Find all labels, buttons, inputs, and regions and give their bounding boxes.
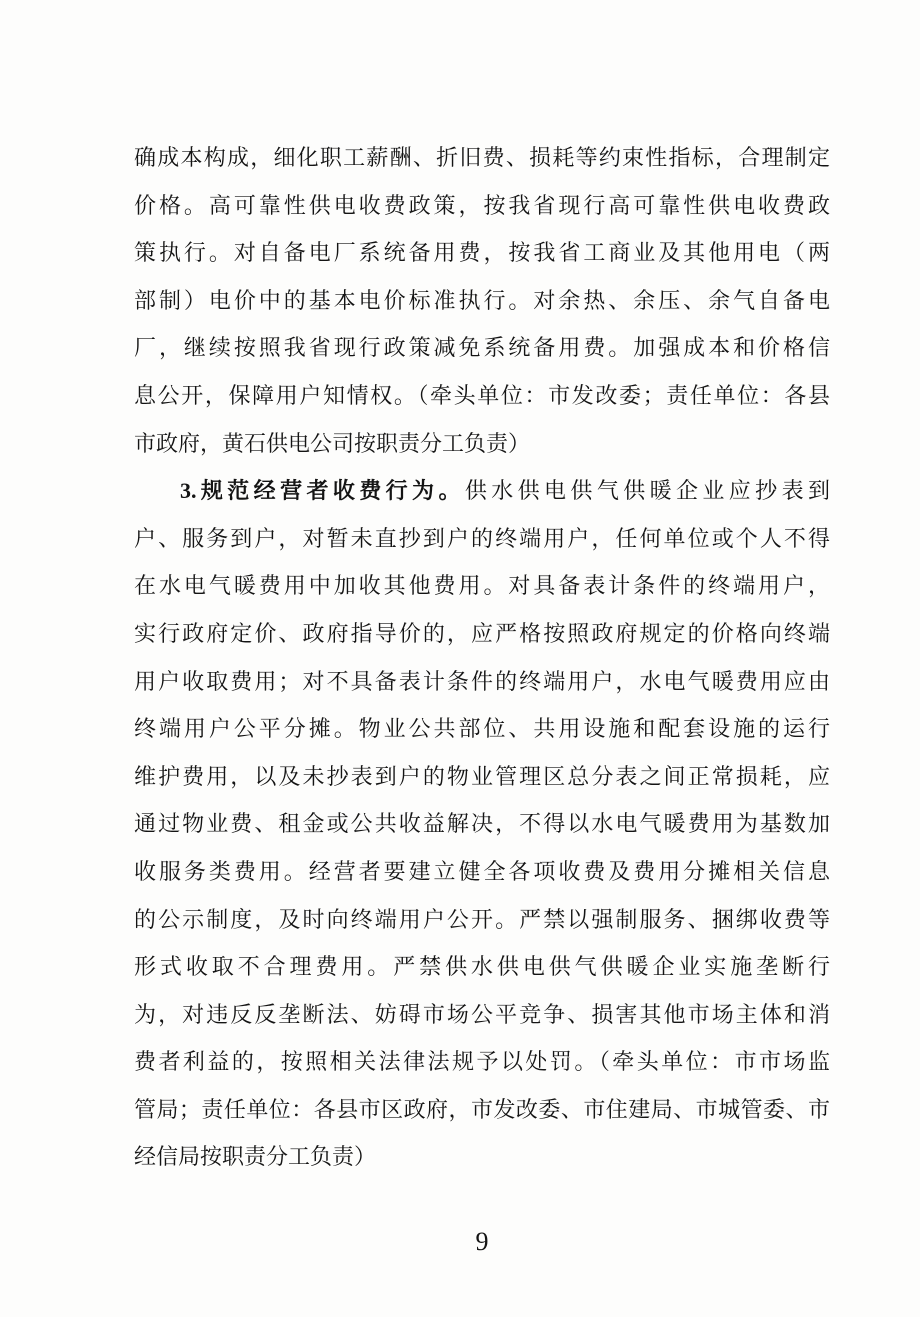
text-run: 用户收取费用；对不具备表计条件的终端用户，水电气暖费用应由 [134, 669, 830, 694]
text-run: 实行政府定价、政府指导价的，应严格按照政府规定的价格向终端 [134, 621, 830, 646]
text-run: （牵头单位：市发改委；责任单位：各县 [417, 383, 830, 408]
text-run: 策执行。对自备电厂系统备用费，按我省工商业及其他用电（两 [134, 240, 830, 265]
text-line: 为，对违反反垄断法、妨碍市场公平竞争、损害其他市场主体和消 [134, 991, 830, 1039]
text-line: 维护费用，以及未抄表到户的物业管理区总分表之间正常损耗，应 [134, 753, 830, 801]
document-page: 确成本构成，细化职工薪酬、折旧费、损耗等约束性指标，合理制定价格。高可靠性供电收… [0, 0, 920, 1317]
text-run: 通过物业费、租金或公共收益解决，不得以水电气暖费用为基数加 [134, 811, 830, 836]
text-line: 用户收取费用；对不具备表计条件的终端用户，水电气暖费用应由 [134, 658, 830, 706]
text-run: 终端用户公平分摊。物业公共部位、共用设施和配套设施的运行 [134, 716, 830, 741]
text-run: 费者利益的，按照相关法律法规予以处罚。 [134, 1049, 599, 1074]
text-line: 实行政府定价、政府指导价的，应严格按照政府规定的价格向终端 [134, 610, 830, 658]
text-run: 户、服务到户，对暂未直抄到户的终端用户，任何单位或个人不得 [134, 526, 830, 551]
text-line: 厂，继续按照我省现行政策减免系统备用费。加强成本和价格信 [134, 324, 830, 372]
text-line: 终端用户公平分摊。物业公共部位、共用设施和配套设施的运行 [134, 705, 830, 753]
text-line: 的公示制度，及时向终端用户公开。严禁以强制服务、捆绑收费等 [134, 896, 830, 944]
text-run: 为，对违反反垄断法、妨碍市场公平竞争、损害其他市场主体和消 [134, 1002, 830, 1027]
text-line: 管局；责任单位：各县市区政府，市发改委、市住建局、市城管委、市 [134, 1086, 830, 1134]
text-line: 市政府，黄石供电公司按职责分工负责） [134, 420, 830, 468]
text-line: 形式收取不合理费用。严禁供水供电供气供暖企业实施垄断行 [134, 943, 830, 991]
text-line: 部制）电价中的基本电价标准执行。对余热、余压、余气自备电 [134, 277, 830, 325]
text-run: （牵头单位：市市场监 [599, 1049, 830, 1074]
page-number: 9 [134, 1226, 830, 1258]
text-run: 市政府，黄石供电公司按职责分工负责） [134, 431, 530, 456]
text-run: 价格。高可靠性供电收费政策，按我省现行高可靠性供电收费政 [134, 193, 830, 218]
text-run: 的公示制度，及时向终端用户公开。严禁以强制服务、捆绑收费等 [134, 907, 830, 932]
text-run: 形式收取不合理费用。严禁供水供电供气供暖企业实施垄断行 [134, 954, 830, 979]
text-line: 在水电气暖费用中加收其他费用。对具备表计条件的终端用户， [134, 562, 830, 610]
text-run: 经信局按职责分工负责） [134, 1144, 376, 1169]
text-run: 息公开，保障用户知情权。 [134, 383, 417, 408]
text-run: 供水供电供气供暖企业应抄表到 [465, 478, 830, 503]
heading-run: 3.规范经营者收费行为。 [180, 478, 465, 503]
text-run: 厂，继续按照我省现行政策减免系统备用费。加强成本和价格信 [134, 335, 830, 360]
text-line: 费者利益的，按照相关法律法规予以处罚。（牵头单位：市市场监 [134, 1038, 830, 1086]
text-line: 收服务类费用。经营者要建立健全各项收费及费用分摊相关信息 [134, 848, 830, 896]
text-line: 户、服务到户，对暂未直抄到户的终端用户，任何单位或个人不得 [134, 515, 830, 563]
text-run: 部制）电价中的基本电价标准执行。对余热、余压、余气自备电 [134, 288, 830, 313]
text-column: 确成本构成，细化职工薪酬、折旧费、损耗等约束性指标，合理制定价格。高可靠性供电收… [134, 134, 830, 1181]
text-line: 3.规范经营者收费行为。供水供电供气供暖企业应抄表到 [134, 467, 830, 515]
text-run: 管局；责任单位：各县市区政府，市发改委、市住建局、市城管委、市 [134, 1097, 830, 1122]
text-line: 价格。高可靠性供电收费政策，按我省现行高可靠性供电收费政 [134, 182, 830, 230]
text-run: 收服务类费用。经营者要建立健全各项收费及费用分摊相关信息 [134, 859, 830, 884]
text-line: 息公开，保障用户知情权。（牵头单位：市发改委；责任单位：各县 [134, 372, 830, 420]
text-line: 策执行。对自备电厂系统备用费，按我省工商业及其他用电（两 [134, 229, 830, 277]
text-run: 维护费用，以及未抄表到户的物业管理区总分表之间正常损耗，应 [134, 764, 830, 789]
text-run: 在水电气暖费用中加收其他费用。对具备表计条件的终端用户， [134, 573, 830, 598]
text-line: 经信局按职责分工负责） [134, 1133, 830, 1181]
text-line: 确成本构成，细化职工薪酬、折旧费、损耗等约束性指标，合理制定 [134, 134, 830, 182]
text-line: 通过物业费、租金或公共收益解决，不得以水电气暖费用为基数加 [134, 800, 830, 848]
text-run: 确成本构成，细化职工薪酬、折旧费、损耗等约束性指标，合理制定 [134, 145, 830, 170]
